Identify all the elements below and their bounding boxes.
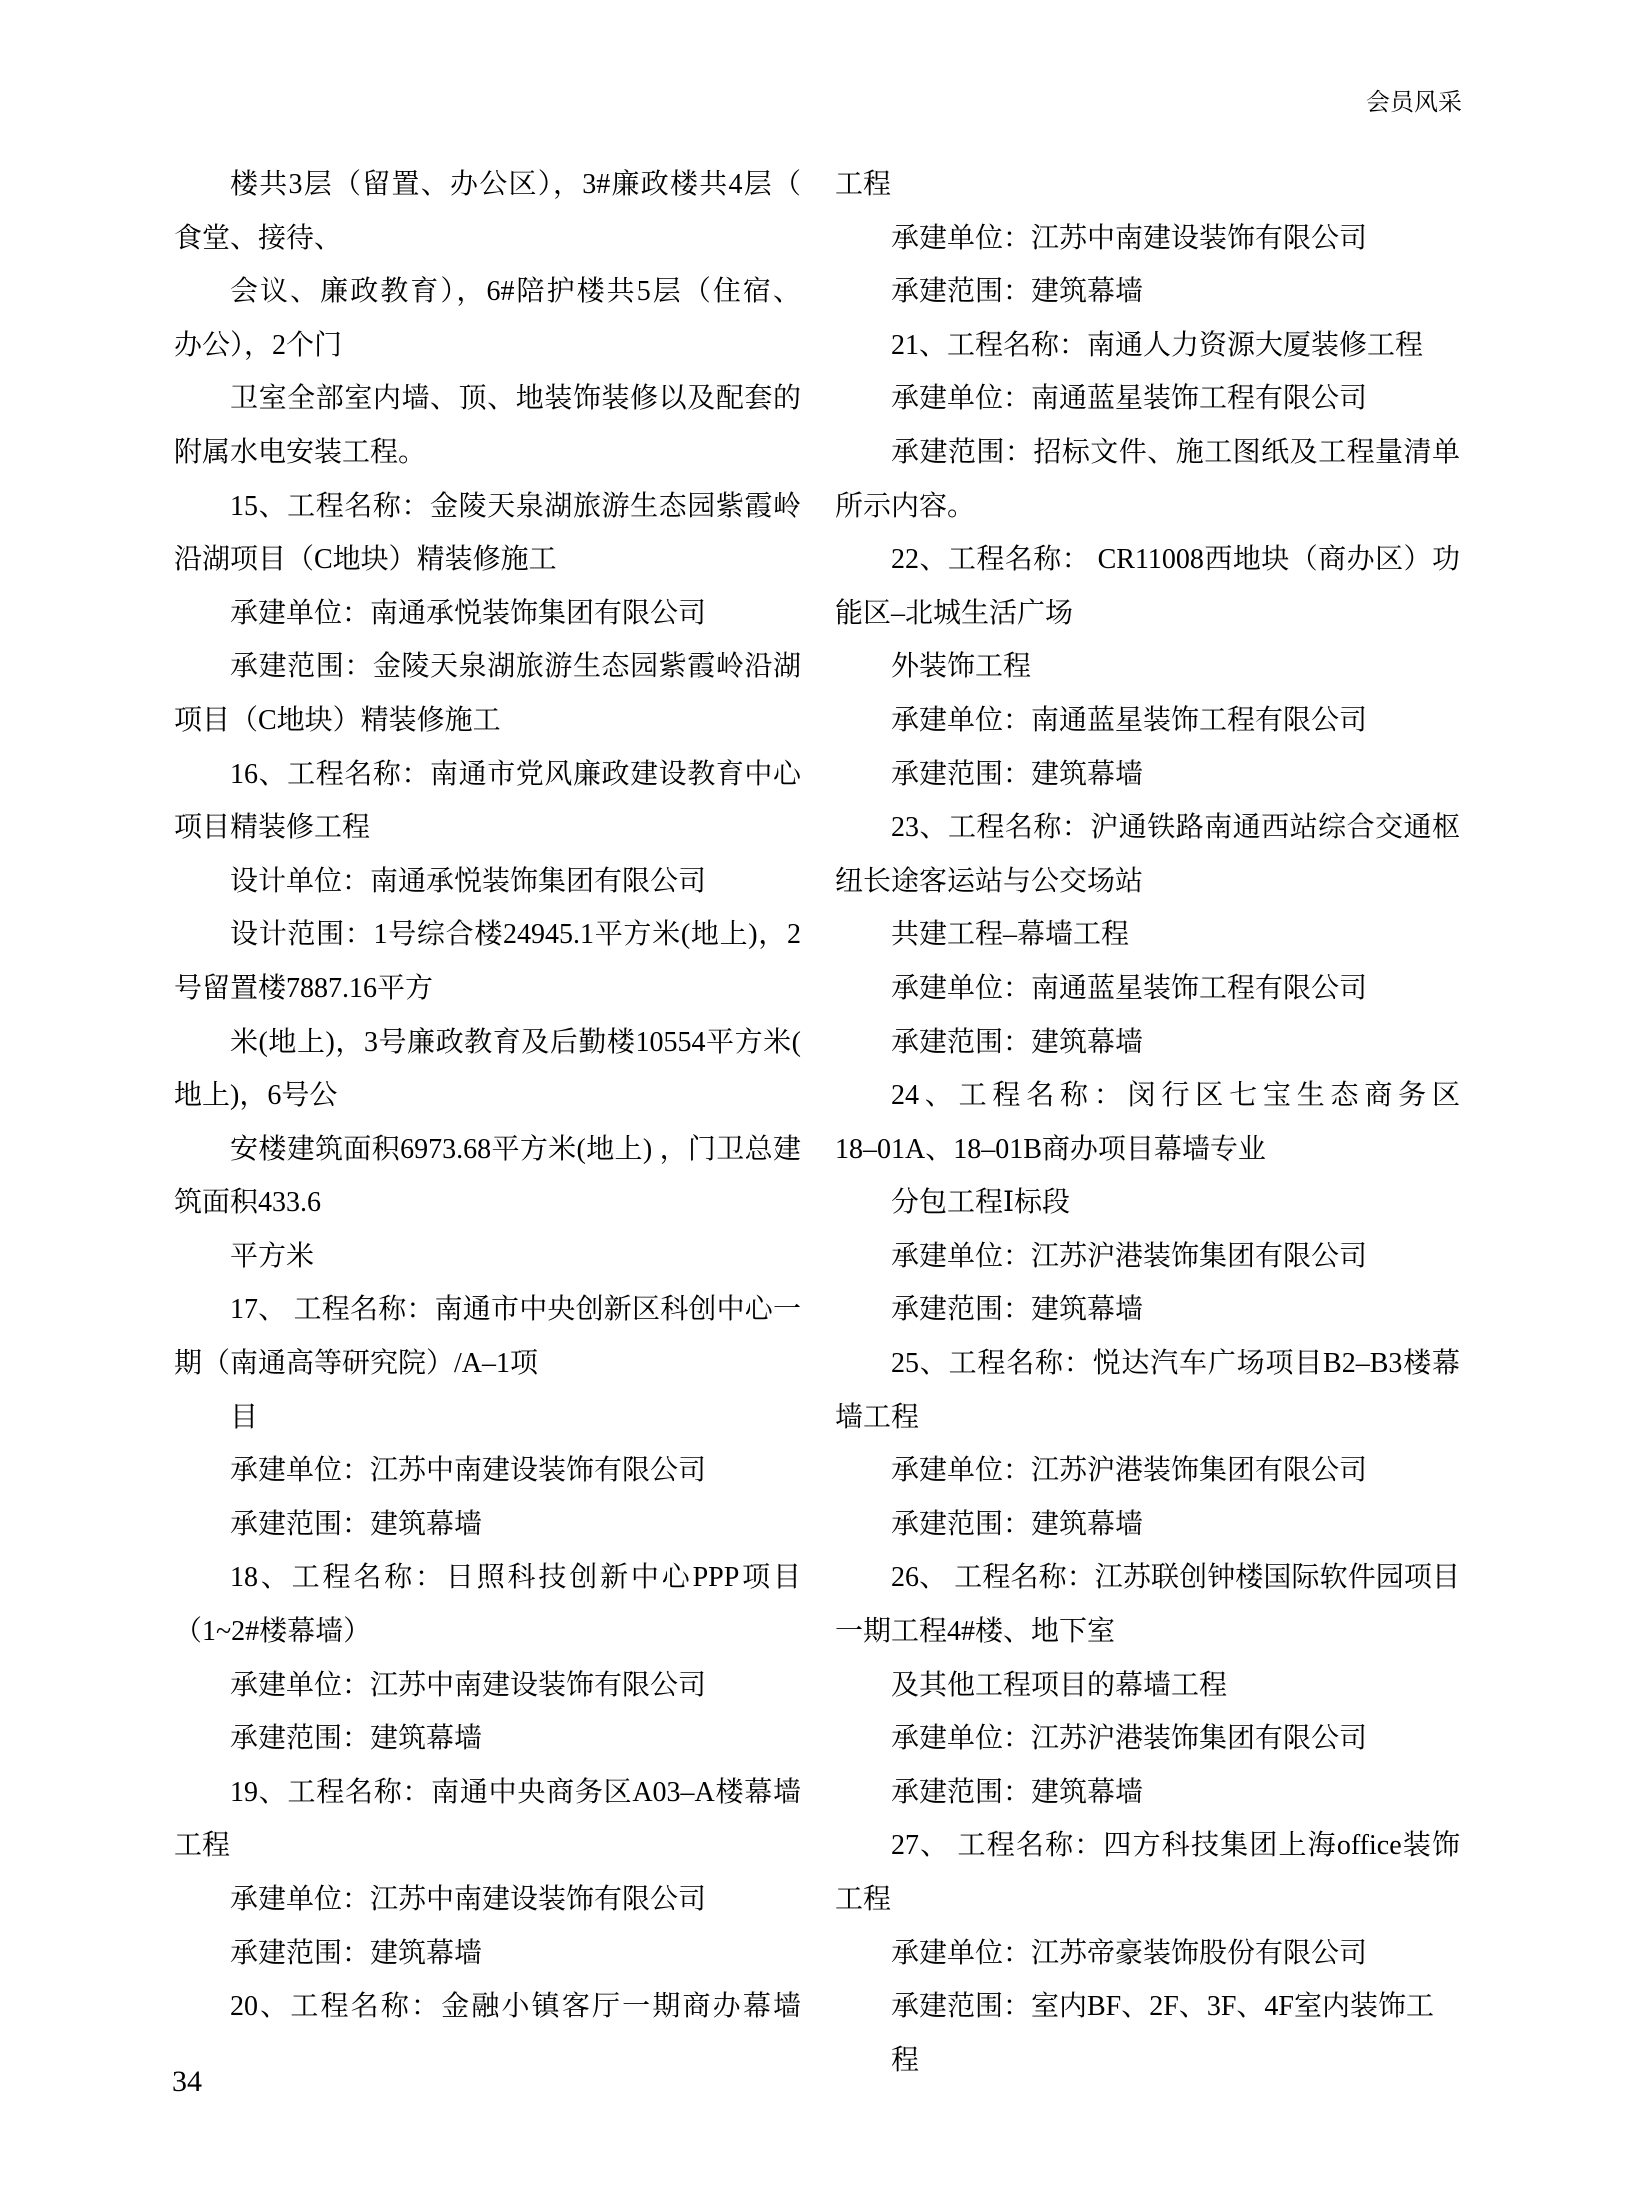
text-column-right: 工程承建单位：江苏中南建设装饰有限公司承建范围：建筑幕墙21、工程名称：南通人力… [835,158,1460,2034]
text-line: 米(地上)，3号廉政教育及后勤楼10554平方米( [174,1016,801,1070]
text-line: 工程 [835,158,1460,212]
text-line: 目 [174,1391,801,1445]
text-line: 承建范围：建筑幕墙 [174,1927,801,1981]
text-line: 所示内容。 [835,480,1460,534]
text-line: 承建单位：江苏帝豪装饰股份有限公司 [835,1927,1460,1981]
text-line: 工程 [835,1873,1460,1927]
text-line: 承建范围：建筑幕墙 [174,1498,801,1552]
text-line: 承建范围：建筑幕墙 [835,265,1460,319]
text-line: 纽长途客运站与公交场站 [835,855,1460,909]
text-line: 承建范围：室内BF、2F、3F、4F室内装饰工程 [835,1980,1460,2034]
text-line: 承建单位：南通蓝星装饰工程有限公司 [835,962,1460,1016]
text-line: 共建工程–幕墙工程 [835,908,1460,962]
text-line: 承建单位：江苏沪港装饰集团有限公司 [835,1444,1460,1498]
text-line: 承建范围：建筑幕墙 [835,1016,1460,1070]
text-line: 承建范围：建筑幕墙 [174,1712,801,1766]
text-line: 及其他工程项目的幕墙工程 [835,1659,1460,1713]
text-line: 地上)，6号公 [174,1069,801,1123]
text-line: 承建范围：建筑幕墙 [835,1283,1460,1337]
text-line: 沿湖项目（C地块）精装修施工 [174,533,801,587]
text-line: 承建范围：建筑幕墙 [835,748,1460,802]
text-line: 18–01A、18–01B商办项目幕墙专业 [835,1123,1460,1177]
text-line: 安楼建筑面积6973.68平方米(地上) ，门卫总建 [174,1123,801,1177]
text-line: 平方米 [174,1230,801,1284]
text-line: （1~2#楼幕墙） [174,1605,801,1659]
text-line: 承建单位：江苏沪港装饰集团有限公司 [835,1712,1460,1766]
text-column-left: 楼共3层（留置、办公区），3#廉政楼共4层（食堂、接待、会议、廉政教育），6#陪… [174,158,801,2034]
text-line: 承建单位：江苏中南建设装饰有限公司 [174,1873,801,1927]
text-line: 筑面积433.6 [174,1176,801,1230]
text-line: 19、工程名称：南通中央商务区A03–A楼幕墙 [174,1766,801,1820]
text-line: 17、 工程名称：南通市中央创新区科创中心一 [174,1283,801,1337]
text-line: 承建范围：建筑幕墙 [835,1766,1460,1820]
text-line: 分包工程Ⅰ标段 [835,1176,1460,1230]
text-line: 设计单位：南通承悦装饰集团有限公司 [174,855,801,909]
text-line: 23、工程名称：沪通铁路南通西站综合交通枢 [835,801,1460,855]
text-line: 办公），2个门 [174,319,801,373]
page-number: 34 [172,2062,202,2102]
text-line: 22、工程名称： CR11008西地块（商办区）功 [835,533,1460,587]
text-line: 27、 工程名称：四方科技集团上海office装饰 [835,1819,1460,1873]
text-line: 16、工程名称：南通市党风廉政建设教育中心 [174,748,801,802]
text-line: 附属水电安装工程。 [174,426,801,480]
text-line: 承建单位：江苏中南建设装饰有限公司 [835,212,1460,266]
text-line: 墙工程 [835,1391,1460,1445]
text-line: 15、工程名称：金陵天泉湖旅游生态园紫霞岭 [174,480,801,534]
text-line: 楼共3层（留置、办公区），3#廉政楼共4层（ [174,158,801,212]
text-line: 卫室全部室内墙、顶、地装饰装修以及配套的 [174,372,801,426]
text-line: 承建单位：江苏中南建设装饰有限公司 [174,1659,801,1713]
text-line: 21、工程名称：南通人力资源大厦装修工程 [835,319,1460,373]
text-line: 项目（C地块）精装修施工 [174,694,801,748]
text-line: 25、工程名称：悦达汽车广场项目B2–B3楼幕 [835,1337,1460,1391]
text-line: 会议、廉政教育），6#陪护楼共5层（住宿、 [174,265,801,319]
text-line: 期（南通高等研究院）/A–1项 [174,1337,801,1391]
text-line: 24、工程名称：闵行区七宝生态商务区 [835,1069,1460,1123]
text-line: 26、 工程名称：江苏联创钟楼国际软件园项目 [835,1551,1460,1605]
text-line: 承建单位：江苏中南建设装饰有限公司 [174,1444,801,1498]
text-line: 承建单位：江苏沪港装饰集团有限公司 [835,1230,1460,1284]
document-page: 会员风采 楼共3层（留置、办公区），3#廉政楼共4层（食堂、接待、会议、廉政教育… [0,0,1632,2199]
text-line: 设计范围：1号综合楼24945.1平方米(地上)，2 [174,908,801,962]
text-line: 承建单位：南通蓝星装饰工程有限公司 [835,372,1460,426]
text-line: 能区–北城生活广场 [835,587,1460,641]
text-line: 外装饰工程 [835,640,1460,694]
text-line: 承建单位：南通承悦装饰集团有限公司 [174,587,801,641]
text-line: 食堂、接待、 [174,212,801,266]
text-line: 一期工程4#楼、地下室 [835,1605,1460,1659]
text-line: 号留置楼7887.16平方 [174,962,801,1016]
text-line: 20、工程名称：金融小镇客厅一期商办幕墙 [174,1980,801,2034]
text-line: 承建范围：招标文件、施工图纸及工程量清单 [835,426,1460,480]
page-header-title: 会员风采 [1362,88,1462,118]
text-line: 工程 [174,1819,801,1873]
text-line: 承建范围：建筑幕墙 [835,1498,1460,1552]
text-line: 承建单位：南通蓝星装饰工程有限公司 [835,694,1460,748]
text-line: 承建范围：金陵天泉湖旅游生态园紫霞岭沿湖 [174,640,801,694]
text-line: 18、工程名称：日照科技创新中心PPP项目 [174,1551,801,1605]
text-line: 项目精装修工程 [174,801,801,855]
